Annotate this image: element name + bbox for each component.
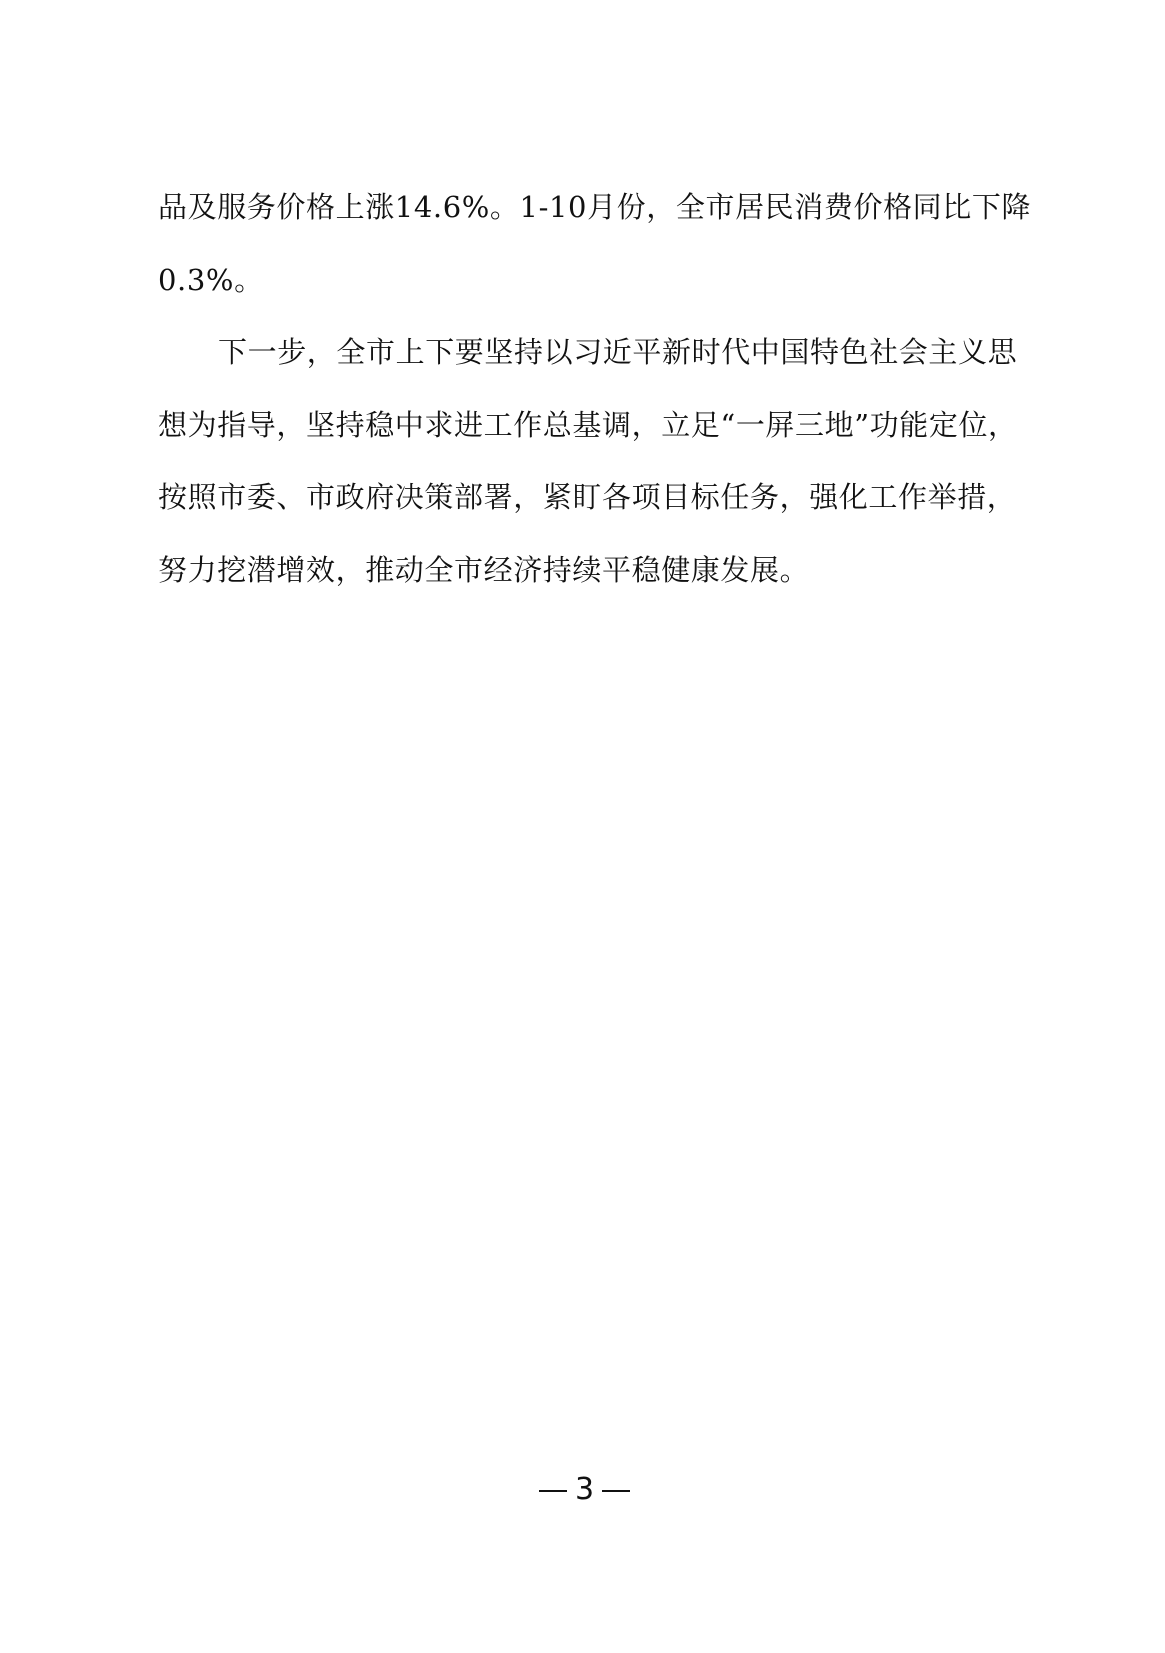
paragraph-2-line-4: 努力挖潜增效，推动全市经济持续平稳健康发展。: [158, 534, 1008, 607]
paragraph-2-line-3: 按照市委、市政府决策部署，紧盯各项目标任务，强化工作举措，: [158, 461, 1008, 534]
page-number-value: 3: [575, 1472, 594, 1507]
page-number: 3: [0, 1472, 1165, 1508]
paragraph-1-line-1: 品及服务价格上涨14.6%。1-10月份，全市居民消费价格同比下降: [158, 171, 1008, 244]
body-text: 品及服务价格上涨14.6%。1-10月份，全市居民消费价格同比下降 0.3%。 …: [158, 171, 1008, 607]
dash-left: [539, 1490, 567, 1492]
paragraph-1-line-2: 0.3%。: [158, 244, 1008, 317]
paragraph-2-line-2: 想为指导，坚持稳中求进工作总基调，立足“一屏三地”功能定位，: [158, 389, 1008, 462]
paragraph-2-line-1: 下一步，全市上下要坚持以习近平新时代中国特色社会主义思: [158, 316, 1008, 389]
dash-right: [602, 1490, 630, 1492]
document-page: 品及服务价格上涨14.6%。1-10月份，全市居民消费价格同比下降 0.3%。 …: [0, 0, 1165, 1653]
